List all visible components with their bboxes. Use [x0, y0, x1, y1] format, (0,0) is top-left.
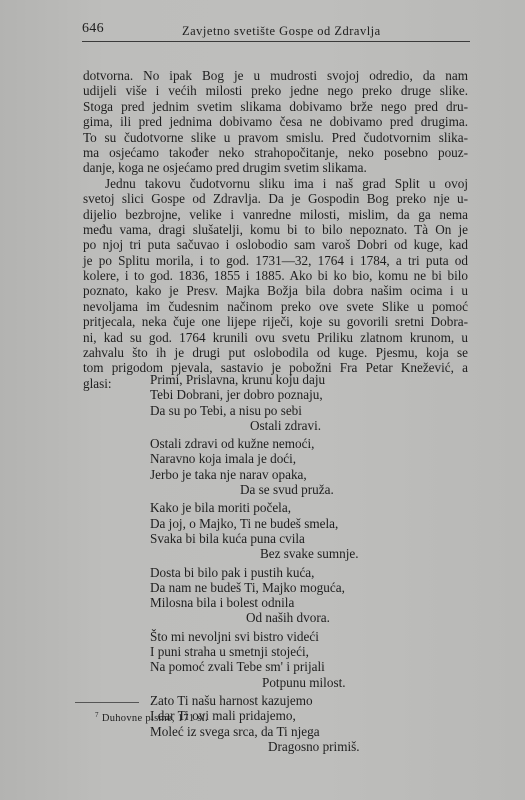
- text-line: dotvorna. No ipak Bog je u mudrosti svoj…: [83, 68, 468, 83]
- paragraph-1: dotvorna. No ipak Bog je u mudrosti svoj…: [83, 68, 468, 176]
- text-line: pritjecala, neka čuje one lijepe riječi,…: [83, 314, 468, 329]
- text-line: poznato, kako je Presv. Majka Božja bila…: [83, 283, 468, 298]
- footnote-marker: 7: [95, 711, 99, 719]
- verse-line: Dosta bi bilo pak i pustih kuća,: [150, 565, 360, 580]
- paragraph-2: Jednu takovu čudotvornu sliku ima i naš …: [83, 176, 468, 391]
- verse-line: Moleć iz svega srca, da Ti njega: [150, 724, 360, 739]
- text-line: svetoj slici Gospe od Zdravlja. Da je Go…: [83, 191, 468, 206]
- text-line: udijeli više i većih milosti preko jedne…: [83, 83, 468, 98]
- verse-refrain: Ostali zdravi.: [150, 418, 360, 433]
- verse-line: Na pomoć zvali Tebe sm' i prijali: [150, 659, 360, 674]
- text-line: gima, ili pred jednima dobivamo česa ne …: [83, 114, 468, 129]
- text-line: Jednu takovu čudotvornu sliku ima i naš …: [83, 176, 468, 191]
- text-line: nevoljama im čudesnim načinom preko ove …: [83, 299, 468, 314]
- text-line: danje, koga ne osjećamo pred drugim svet…: [83, 160, 468, 175]
- verse-refrain: Dragosno primiš.: [150, 739, 360, 754]
- verse-line: Svaka bi bila kuća puna cvila: [150, 531, 360, 546]
- verse-line: Naravno koja imala je doći,: [150, 451, 360, 466]
- verse-line: Jerbo je taka nje narav opaka,: [150, 467, 360, 482]
- verse-line: Milosna bila i bolest odnila: [150, 595, 360, 610]
- verse-line: Da su po Tebi, a nisu po sebi: [150, 403, 360, 418]
- text-line: među vama, dragi slušatelji, komu bi to …: [83, 222, 468, 237]
- poem-stanza: Ostali zdravi od kužne nemoći, Naravno k…: [150, 436, 360, 497]
- text-line: Stoga pred jednim svetim slikama dobivam…: [83, 99, 468, 114]
- poem: Primi, Prislavna, krunu koju daju Tebi D…: [150, 372, 360, 757]
- text-line: po njoj tri puta sačuvao i oslobodio sam…: [83, 237, 468, 252]
- text-line: dijelio bezbrojne, velike i vanredne mil…: [83, 207, 468, 222]
- verse-line: Što mi nevoljni svi bistro videći: [150, 629, 360, 644]
- page-header: 646 Zavjetno svetište Gospe od Zdravlja: [82, 18, 472, 38]
- verse-refrain: Potpunu milost.: [150, 675, 360, 690]
- page-number: 646: [82, 21, 104, 37]
- poem-stanza: Primi, Prislavna, krunu koju daju Tebi D…: [150, 372, 360, 433]
- body-text: dotvorna. No ipak Bog je u mudrosti svoj…: [83, 68, 468, 391]
- verse-line: Tebi Dobrani, jer dobro poznaju,: [150, 387, 360, 402]
- book-page: 646 Zavjetno svetište Gospe od Zdravlja …: [0, 0, 525, 800]
- running-title: Zavjetno svetište Gospe od Zdravlja: [182, 24, 381, 39]
- poem-stanza: Što mi nevoljni svi bistro videći I puni…: [150, 629, 360, 690]
- text-line: ni, kad su god. 1764 krunili ovu svetu P…: [83, 330, 468, 345]
- verse-line: Da joj, o Majko, Ti ne budeš smela,: [150, 516, 360, 531]
- verse-refrain: Od naših dvora.: [150, 610, 360, 625]
- verse-refrain: Bez svake sumnje.: [150, 546, 360, 561]
- text-line: je po Splitu morila, i to god. 1731—32, …: [83, 253, 468, 268]
- footnote-text: Duhovne pisme, 171 sl.: [102, 713, 208, 724]
- footnote: 7Duhovne pisme, 171 sl.: [95, 711, 208, 724]
- verse-line: I puni straha u smetnji stojeći,: [150, 644, 360, 659]
- verse-refrain: Da se svud pruža.: [150, 482, 360, 497]
- verse-line: Ostali zdravi od kužne nemoći,: [150, 436, 360, 451]
- header-rule: [82, 41, 470, 42]
- verse-line: Zato Ti našu harnost kazujemo: [150, 693, 360, 708]
- poem-stanza: Dosta bi bilo pak i pustih kuća, Da nam …: [150, 565, 360, 626]
- text-line: zahvalu što ih je drugi put oslobodila o…: [83, 345, 468, 360]
- verse-line: Kako je bila moriti počela,: [150, 500, 360, 515]
- footnote-rule: [75, 702, 139, 703]
- text-line: ma osjećamo također neko strahopočitanje…: [83, 145, 468, 160]
- text-line: kolere, i to god. 1836, 1855 i 1885. Ako…: [83, 268, 468, 283]
- poem-stanza: Kako je bila moriti počela, Da joj, o Ma…: [150, 500, 360, 561]
- verse-line: Da nam ne budeš Ti, Majko moguća,: [150, 580, 360, 595]
- verse-line: Primi, Prislavna, krunu koju daju: [150, 372, 360, 387]
- text-line: To su čudotvorne slike u pravom smislu. …: [83, 130, 468, 145]
